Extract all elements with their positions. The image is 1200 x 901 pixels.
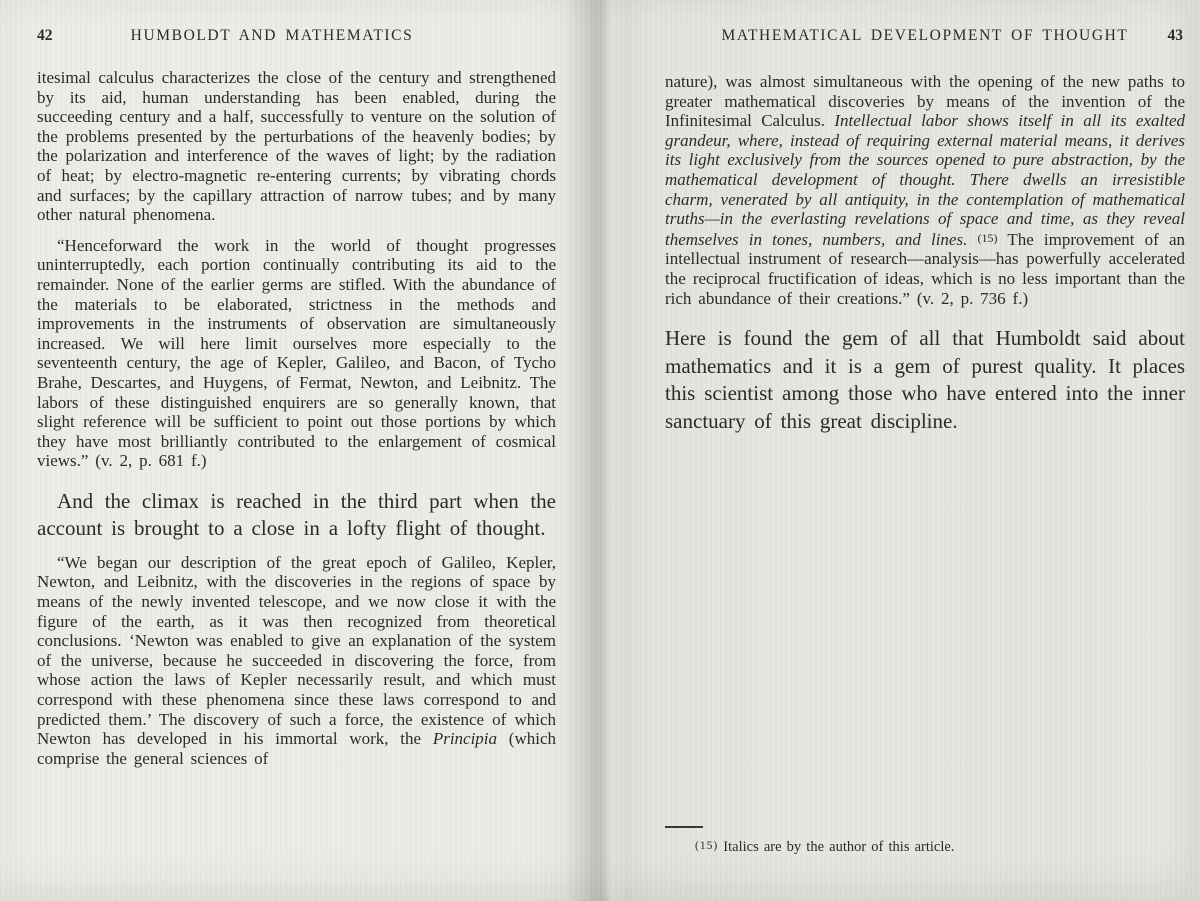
paragraph: Here is found the gem of all that Humbol… (665, 325, 1185, 435)
text-segment: itesimal calculus characterizes the clos… (37, 68, 556, 224)
text-segment: “We began our description of the great e… (37, 553, 556, 748)
text-segment: (15) (977, 231, 997, 245)
paragraph: itesimal calculus characterizes the clos… (37, 68, 556, 225)
footnote-rule (665, 826, 703, 828)
right-running-head: MATHEMATICAL DEVELOPMENT OF THOUGHT 43 (665, 27, 1185, 49)
text-segment: Intellectual labor shows itself in all i… (665, 111, 1185, 249)
left-running-title: HUMBOLDT AND MATHEMATICS (37, 27, 507, 45)
paragraph: “We began our description of the great e… (37, 553, 556, 769)
text-segment: Here is found the gem of all that Humbol… (665, 326, 1185, 433)
paragraph: “Henceforward the work in the world of t… (37, 236, 556, 471)
text-segment: “Henceforward the work in the world of t… (37, 236, 556, 471)
right-running-title: MATHEMATICAL DEVELOPMENT OF THOUGHT (665, 27, 1185, 45)
text-segment: And the climax is reached in the third p… (37, 489, 556, 541)
footnote: (15) Italics are by the author of this a… (665, 826, 1185, 856)
footnote-text-line: (15) Italics are by the author of this a… (665, 837, 1185, 856)
right-text-column: nature), was almost simultaneous with th… (665, 72, 1185, 445)
footnote-text: Italics are by the author of this articl… (718, 839, 954, 855)
left-text-column: itesimal calculus characterizes the clos… (37, 68, 556, 779)
gutter-shadow (560, 0, 650, 901)
paragraph: nature), was almost simultaneous with th… (665, 72, 1185, 308)
left-running-head: 42 HUMBOLDT AND MATHEMATICS (37, 27, 507, 49)
footnote-marker: (15) (695, 840, 718, 852)
left-page-number: 42 (37, 27, 53, 45)
right-page-number: 43 (1168, 27, 1184, 45)
book-scan: 42 HUMBOLDT AND MATHEMATICS itesimal cal… (0, 0, 1200, 901)
text-segment: Principia (433, 729, 497, 748)
paragraph: And the climax is reached in the third p… (37, 488, 556, 543)
